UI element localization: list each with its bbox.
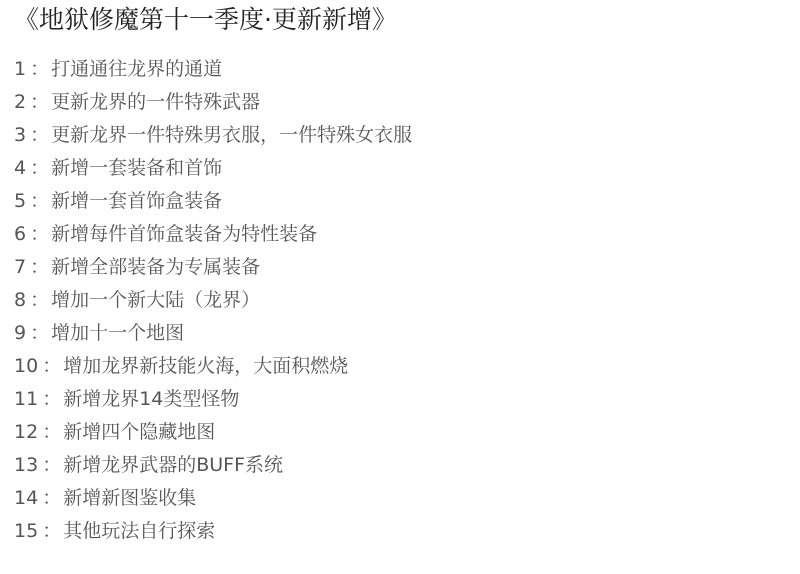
list-item: 7：新增全部装备为专属装备 [14, 251, 412, 284]
item-number: 6 [14, 223, 26, 245]
list-item: 5：新增一套首饰盒装备 [14, 185, 412, 218]
item-separator: ： [42, 350, 61, 383]
item-text: 更新龙界一件特殊男衣服，一件特殊女衣服 [51, 124, 412, 146]
item-separator: ： [30, 317, 49, 350]
item-number: 10 [14, 355, 38, 377]
item-text: 打通通往龙界的通道 [51, 58, 222, 80]
item-text: 新增新图鉴收集 [63, 487, 196, 509]
item-text: 新增龙界武器的BUFF系统 [63, 454, 283, 476]
item-number: 1 [14, 58, 26, 80]
item-number: 2 [14, 91, 26, 113]
item-text: 增加一个新大陆（龙界） [51, 289, 260, 311]
item-number: 7 [14, 256, 26, 278]
item-number: 14 [14, 487, 38, 509]
item-text: 新增全部装备为专属装备 [51, 256, 260, 278]
item-separator: ： [30, 53, 49, 86]
item-separator: ： [42, 416, 61, 449]
list-item: 8：增加一个新大陆（龙界） [14, 284, 412, 317]
list-item: 15：其他玩法自行探索 [14, 515, 412, 548]
list-item: 11：新增龙界14类型怪物 [14, 383, 412, 416]
item-number: 8 [14, 289, 26, 311]
item-text: 其他玩法自行探索 [63, 520, 215, 542]
item-separator: ： [42, 515, 61, 548]
item-text: 更新龙界的一件特殊武器 [51, 91, 260, 113]
item-number: 9 [14, 322, 26, 344]
list-item: 9：增加十一个地图 [14, 317, 412, 350]
list-item: 13：新增龙界武器的BUFF系统 [14, 449, 412, 482]
list-item: 2：更新龙界的一件特殊武器 [14, 86, 412, 119]
list-item: 12：新增四个隐藏地图 [14, 416, 412, 449]
item-number: 4 [14, 157, 26, 179]
list-item: 6：新增每件首饰盒装备为特性装备 [14, 218, 412, 251]
item-number: 12 [14, 421, 38, 443]
item-text: 新增一套首饰盒装备 [51, 190, 222, 212]
item-number: 5 [14, 190, 26, 212]
item-separator: ： [30, 152, 49, 185]
item-separator: ： [42, 383, 61, 416]
item-number: 11 [14, 388, 38, 410]
item-text: 新增一套装备和首饰 [51, 157, 222, 179]
item-separator: ： [30, 119, 49, 152]
item-separator: ： [42, 449, 61, 482]
item-separator: ： [30, 251, 49, 284]
item-separator: ： [30, 218, 49, 251]
update-list: 1：打通通往龙界的通道 2：更新龙界的一件特殊武器 3：更新龙界一件特殊男衣服，… [14, 53, 412, 548]
item-number: 13 [14, 454, 38, 476]
item-separator: ： [42, 482, 61, 515]
item-number: 3 [14, 124, 26, 146]
list-item: 10：增加龙界新技能火海，大面积燃烧 [14, 350, 412, 383]
item-text: 增加龙界新技能火海，大面积燃烧 [63, 355, 348, 377]
page-title: 《地狱修魔第十一季度·更新新增》 [14, 4, 397, 36]
item-text: 新增龙界14类型怪物 [63, 388, 239, 410]
item-separator: ： [30, 284, 49, 317]
list-item: 4：新增一套装备和首饰 [14, 152, 412, 185]
item-text: 新增四个隐藏地图 [63, 421, 215, 443]
list-item: 1：打通通往龙界的通道 [14, 53, 412, 86]
item-number: 15 [14, 520, 38, 542]
item-text: 新增每件首饰盒装备为特性装备 [51, 223, 317, 245]
item-separator: ： [30, 185, 49, 218]
item-text: 增加十一个地图 [51, 322, 184, 344]
item-separator: ： [30, 86, 49, 119]
list-item: 14：新增新图鉴收集 [14, 482, 412, 515]
list-item: 3：更新龙界一件特殊男衣服，一件特殊女衣服 [14, 119, 412, 152]
